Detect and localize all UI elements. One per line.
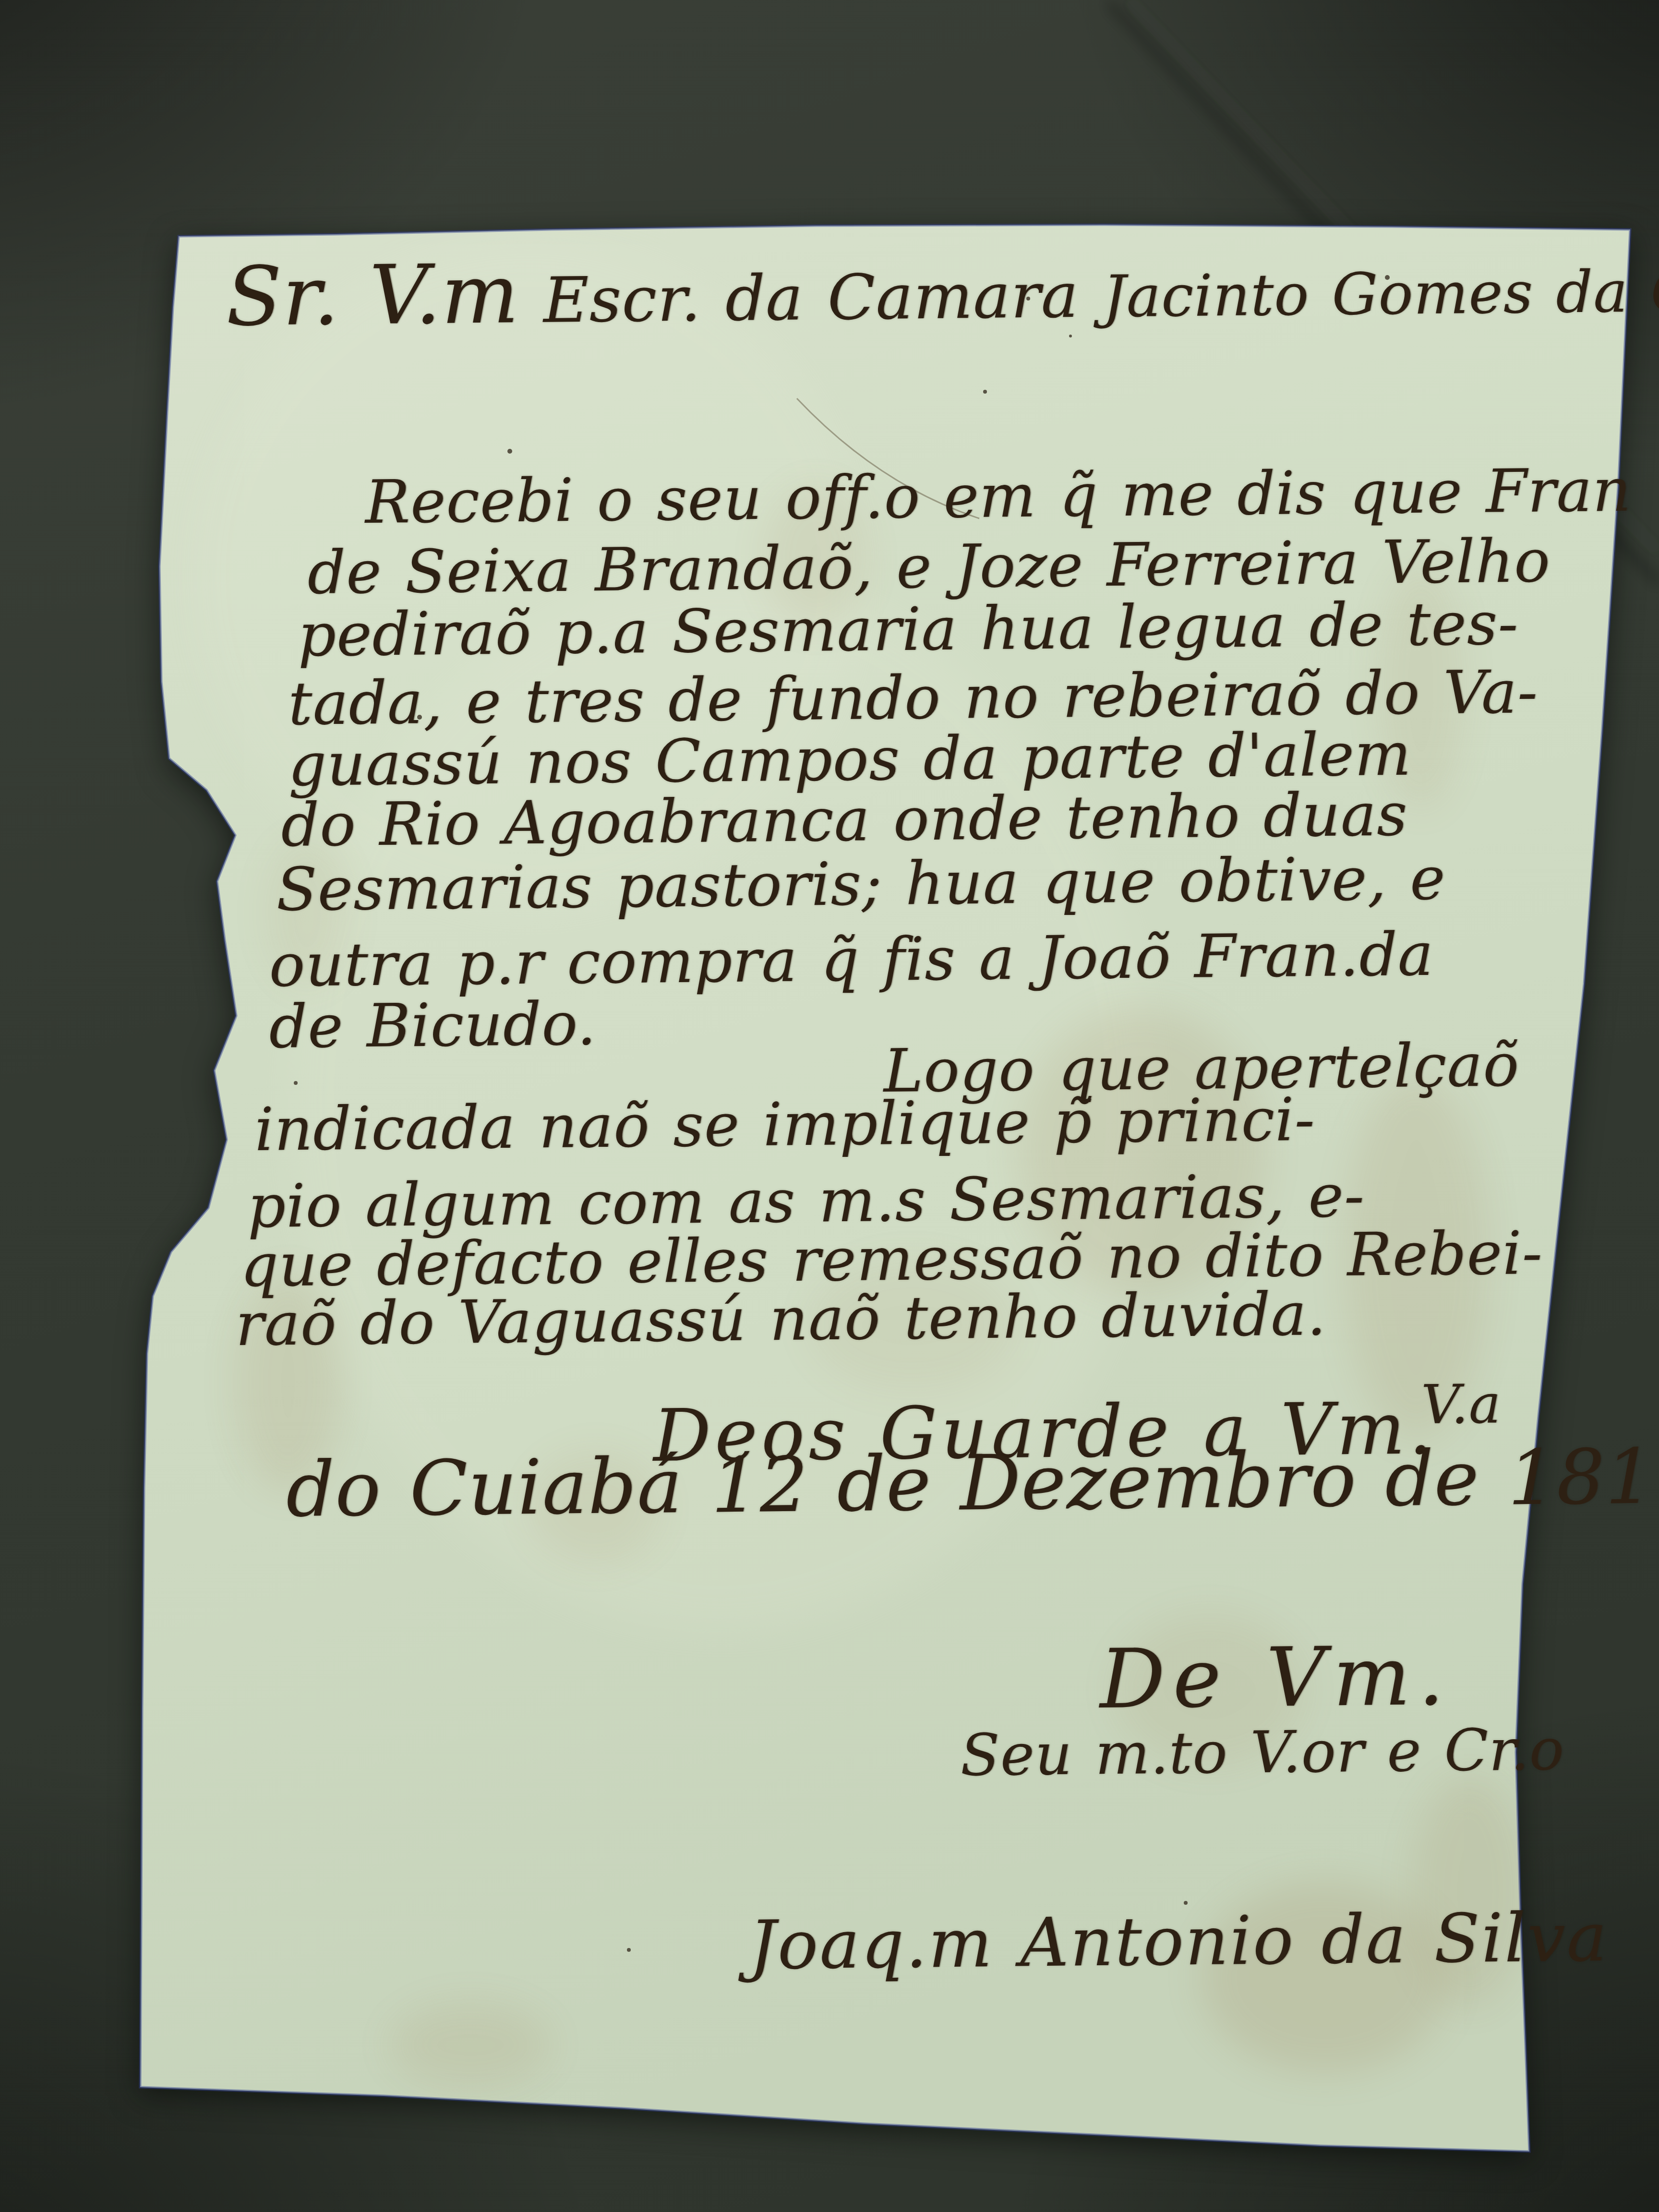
body-line-8: outra p.r compra q̃ fis a Joaõ Fran.da [269,920,1434,1000]
body-line-9: de Bicudo. [269,989,597,1062]
valediction-line-2: Seu m.to V.or e Cr.o [960,1717,1565,1789]
body-line-14: raõ do Vaguassú naõ tenho duvida. [235,1280,1326,1359]
recipient-line: Sr. V.m Escr. da Camara Jacinto Gomes da… [226,234,1659,345]
handwriting-layer: Sr. V.m Escr. da Camara Jacinto Gomes da… [0,0,1659,2212]
signature: Joaq.m Antonio da Silva [749,1899,1609,1985]
recipient-name: Jacinto Gomes da Costa [1103,257,1659,330]
recipient-honorific: Sr. V.m [226,247,519,345]
closing-dateline: do Cuiabá 12 de Dezembro de 1817 [286,1432,1659,1534]
body-line-3: pediraõ p.a Sesmaria hua legua de tes- [298,589,1519,670]
body-line-1: Recebi o seu off.o em q̃ me dis que Fran [365,456,1632,537]
body-line-7: Sesmarias pastoris; hua que obtive, e [276,844,1446,925]
valediction-line-1: De Vm. [1099,1629,1452,1727]
closing-place-abbrev: V.a [1421,1373,1502,1436]
body-line-11: indicada naõ se implique p̃ princi- [254,1085,1315,1165]
recipient-title: Escr. da Camara [519,258,1103,337]
photograph-of-letter: Sr. V.m Escr. da Camara Jacinto Gomes da… [0,0,1659,2212]
